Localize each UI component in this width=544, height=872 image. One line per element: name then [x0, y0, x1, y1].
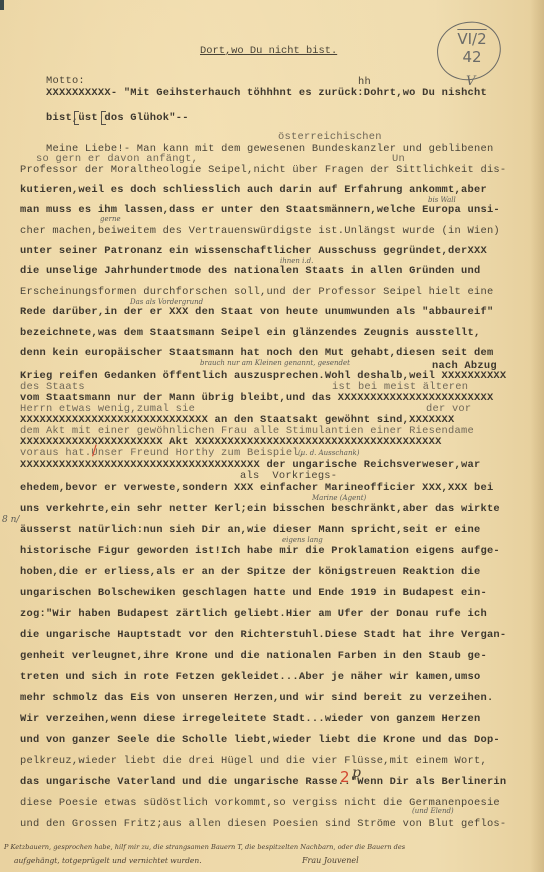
text-line: die ungarische Hauptstadt vor den Richte…: [20, 629, 506, 641]
red-page-mark: 2: [340, 768, 350, 786]
text-line: cher machen,beiweitem des Vertrauenswürd…: [20, 225, 500, 237]
interlinear-insert: österreichischen: [278, 131, 382, 143]
page-edge-shadow: [530, 0, 544, 872]
handwritten-note: ihnen i.d.: [280, 257, 313, 265]
handwritten-note: (u. d. Ausschank): [298, 449, 359, 457]
handwritten-note: gerne: [100, 215, 121, 223]
text-line: pelkreuz,wieder liebt die drei Hügel und…: [20, 755, 487, 767]
handwritten-note: (und Elend): [412, 807, 454, 815]
text-line: die unselige Jahrhundertmode des nationa…: [20, 265, 480, 277]
text-line: ungarischen Bolschewiken geschlagen hatt…: [20, 587, 487, 599]
motto-label: Motto:: [46, 75, 85, 87]
bottom-handwritten-note-1: P Ketzbauern, gesprochen habe, hilf mir …: [4, 843, 405, 851]
text-line: kutieren,weil es doch schliesslich auch …: [20, 184, 487, 196]
text-line: Professor der Moraltheologie Seipel,nich…: [20, 164, 506, 176]
document-title: Dort,wo Du nicht bist.: [200, 45, 337, 57]
margin-note: 8 n/: [2, 515, 19, 525]
archive-stamp-line1: VI/2: [452, 30, 492, 48]
text-line: historische Figur geworden ist!Ich habe …: [20, 545, 500, 557]
text-line: voraus hat.Unser Freund Horthy zum Beisp…: [20, 447, 305, 459]
text-line: denn kein europäischer Staatsmann hat no…: [20, 347, 493, 359]
text-line: ehedem,bevor er verweste,sondern XXX ein…: [20, 482, 493, 494]
motto-line-2: bist,üst dos Glühok"--: [46, 112, 189, 124]
text-line: hoben,die er erliess,als er an der Spitz…: [20, 566, 480, 578]
paragraph-mark: p: [352, 765, 361, 781]
text-line: uns verkehrte,ein sehr netter Kerl;ein b…: [20, 503, 500, 515]
text-line: Wir verzeihen,wenn diese irregeleitete S…: [20, 713, 480, 725]
text-line: als Vorkriegs-: [240, 470, 337, 482]
edit-bracket: [101, 111, 106, 125]
text-line: äusserst natürlich:nun sieh Dir an,wie d…: [20, 524, 480, 536]
text-line: bezeichnete,was dem Staatsmann Seipel ei…: [20, 327, 480, 339]
text-line: unter seiner Patronanz ein wissenschaftl…: [20, 245, 487, 257]
scan-corner-mark: [0, 0, 4, 10]
handwritten-note: Marine (Agent): [312, 494, 366, 502]
motto-line-1: XXXXXXXXXX- "Mit Geihsterhauch töhhhnt e…: [46, 87, 487, 99]
text-line: genheit verleugnet,ihre Krone und die na…: [20, 650, 487, 662]
archive-stamp-line2: 42: [452, 48, 492, 66]
bottom-handwritten-note-2: aufgehängt, totgeprügelt und vernichtet …: [14, 856, 202, 865]
text-line: das ungarische Vaterland und die ungaris…: [20, 776, 506, 788]
archive-stamp: VI/2 42: [452, 30, 492, 66]
text-line: Erscheinungsformen durchforschen soll,un…: [20, 286, 493, 298]
handwritten-note: Das als Vordergrund: [130, 298, 203, 306]
handwritten-note: eigens lang: [282, 536, 323, 544]
handwritten-note: brauch nur am Kleinen genannt, gesendet: [200, 359, 350, 367]
text-line: treten und sich in rote Fetzen gekleidet…: [20, 671, 480, 683]
bottom-signature: Frau Jouvenel: [302, 856, 359, 865]
text-line: mehr schmolz das Eis von unseren Herzen,…: [20, 692, 493, 704]
handwritten-note: bis Wall: [428, 196, 456, 204]
edit-bracket: [74, 111, 79, 125]
text-line: zog:"Wir haben Budapest zärtlich geliebt…: [20, 608, 487, 620]
red-insertion-mark: /: [92, 443, 97, 459]
text-line: und den Grossen Fritz;aus allen diesen P…: [20, 818, 506, 830]
text-line: Rede darüber,in der er XXX den Staat von…: [20, 306, 493, 318]
text-line: und von ganzer Seele die Scholle liebt,w…: [20, 734, 500, 746]
text-line: man muss es ihm lassen,dass er unter den…: [20, 204, 500, 216]
